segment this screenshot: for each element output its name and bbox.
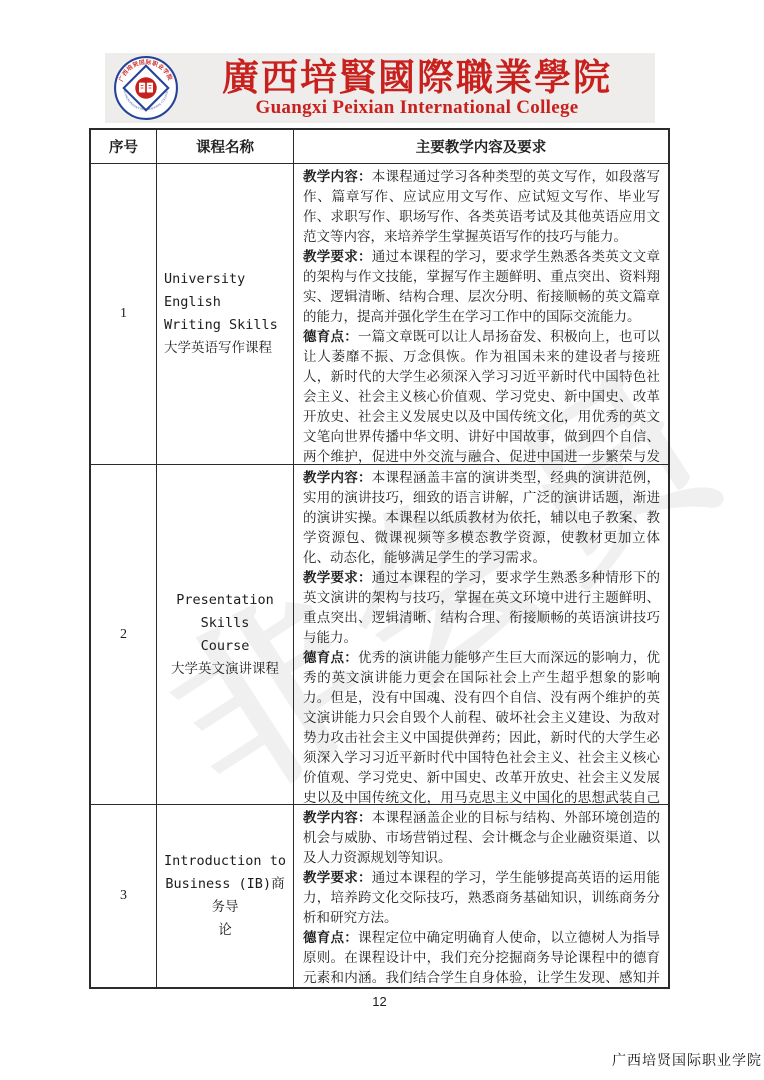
paragraph-label: 教学内容： [303, 470, 372, 485]
teaching-content-paragraph: 教学内容：本课程通过学习各种类型的英文写作，如段落写作、篇章写作、应试应用文写作… [303, 167, 660, 247]
course-name-line: Business (IB)商务导 [164, 873, 286, 919]
col-header-seq: 序号 [91, 130, 157, 164]
paragraph-label: 教学内容： [303, 169, 372, 184]
paragraph-label: 教学要求： [303, 249, 372, 264]
row1-course-name: University English Writing Skills 大学英语写作… [157, 164, 294, 465]
paragraph-label: 教学要求： [303, 870, 372, 885]
course-table: 序号 课程名称 主要教学内容及要求 1 University English W… [89, 128, 670, 989]
teaching-content-paragraph: 教学内容：本课程涵盖丰富的演讲类型，经典的演讲范例，实用的演讲技巧，细致的语言讲… [303, 468, 660, 568]
footer-school-name: 广西培贤国际职业学院 [612, 1050, 762, 1070]
row1-content: 教学内容：本课程通过学习各种类型的英文写作，如段落写作、篇章写作、应试应用文写作… [294, 164, 668, 465]
teaching-requirement-paragraph: 教学要求：通过本课程的学习，要求学生熟悉各类英文文章的架构与作文技能，掌握写作主… [303, 247, 660, 327]
paragraph-label: 德育点： [303, 650, 358, 665]
course-name-line: 论 [164, 919, 286, 942]
course-name-line: Writing Skills [164, 314, 286, 337]
college-seal-icon: 广西培贤国际职业学院 GUANGXI PEIXIAN INTERNATIONAL… [113, 55, 179, 121]
row3-content: 教学内容：本课程涵盖企业的目标与结构、外部环境创造的机会与威胁、市场营销过程、会… [294, 805, 668, 987]
college-name-english: Guangxi Peixian International College [179, 98, 655, 117]
col-header-course-name: 课程名称 [157, 130, 294, 164]
paragraph-label: 德育点： [303, 329, 358, 344]
paragraph-text: 一篇文章既可以让人昂扬奋发、积极向上，也可以让人萎靡不振、万念俱恢。作为祖国未来… [303, 329, 660, 465]
course-name-line: University English [164, 268, 286, 314]
course-name-line: Presentation Skills [164, 589, 286, 635]
banner-titles: 廣西培賢國際職業學院 Guangxi Peixian International… [179, 60, 655, 117]
paragraph-label: 教学内容： [303, 810, 372, 825]
moral-education-paragraph: 德育点：课程定位中确定明确育人使命，以立德树人为指导原则。在课程设计中，我们充分… [303, 928, 660, 987]
paragraph-label: 教学要求： [303, 570, 372, 585]
row2-course-name: Presentation Skills Course 大学英文演讲课程 [157, 465, 294, 805]
paragraph-label: 德育点： [303, 930, 358, 945]
row2-content: 教学内容：本课程涵盖丰富的演讲类型，经典的演讲范例，实用的演讲技巧，细致的语言讲… [294, 465, 668, 805]
course-name-line: Course [164, 635, 286, 658]
teaching-requirement-paragraph: 教学要求：通过本课程的学习，学生能够提高英语的运用能力，培养跨文化交际技巧，熟悉… [303, 868, 660, 928]
college-name-chinese: 廣西培賢國際職業學院 [179, 60, 655, 97]
course-name-line: Introduction to [164, 850, 286, 873]
course-name-line: 大学英语写作课程 [164, 337, 286, 360]
row3-seq: 3 [91, 805, 157, 987]
row2-seq: 2 [91, 465, 157, 805]
teaching-content-paragraph: 教学内容：本课程涵盖企业的目标与结构、外部环境创造的机会与威胁、市场营销过程、会… [303, 808, 660, 868]
course-name-line: 大学英文演讲课程 [164, 658, 286, 681]
college-banner: 广西培贤国际职业学院 GUANGXI PEIXIAN INTERNATIONAL… [105, 53, 655, 123]
col-header-content: 主要教学内容及要求 [294, 130, 668, 164]
row1-seq: 1 [91, 164, 157, 465]
document-page: { "header": { "title_cn": "廣西培賢國際職業學院", … [0, 0, 764, 1080]
paragraph-text: 优秀的演讲能力能够产生巨大而深远的影响力，优秀的英文演讲能力更会在国际社会上产生… [303, 650, 660, 805]
moral-education-paragraph: 德育点：优秀的演讲能力能够产生巨大而深远的影响力，优秀的英文演讲能力更会在国际社… [303, 648, 660, 805]
teaching-requirement-paragraph: 教学要求：通过本课程的学习，要求学生熟悉多种情形下的英文演讲的架构与技巧，掌握在… [303, 568, 660, 648]
page-number: 12 [89, 994, 670, 1009]
moral-education-paragraph: 德育点：一篇文章既可以让人昂扬奋发、积极向上，也可以让人萎靡不振、万念俱恢。作为… [303, 327, 660, 465]
row3-course-name: Introduction to Business (IB)商务导 论 [157, 805, 294, 987]
